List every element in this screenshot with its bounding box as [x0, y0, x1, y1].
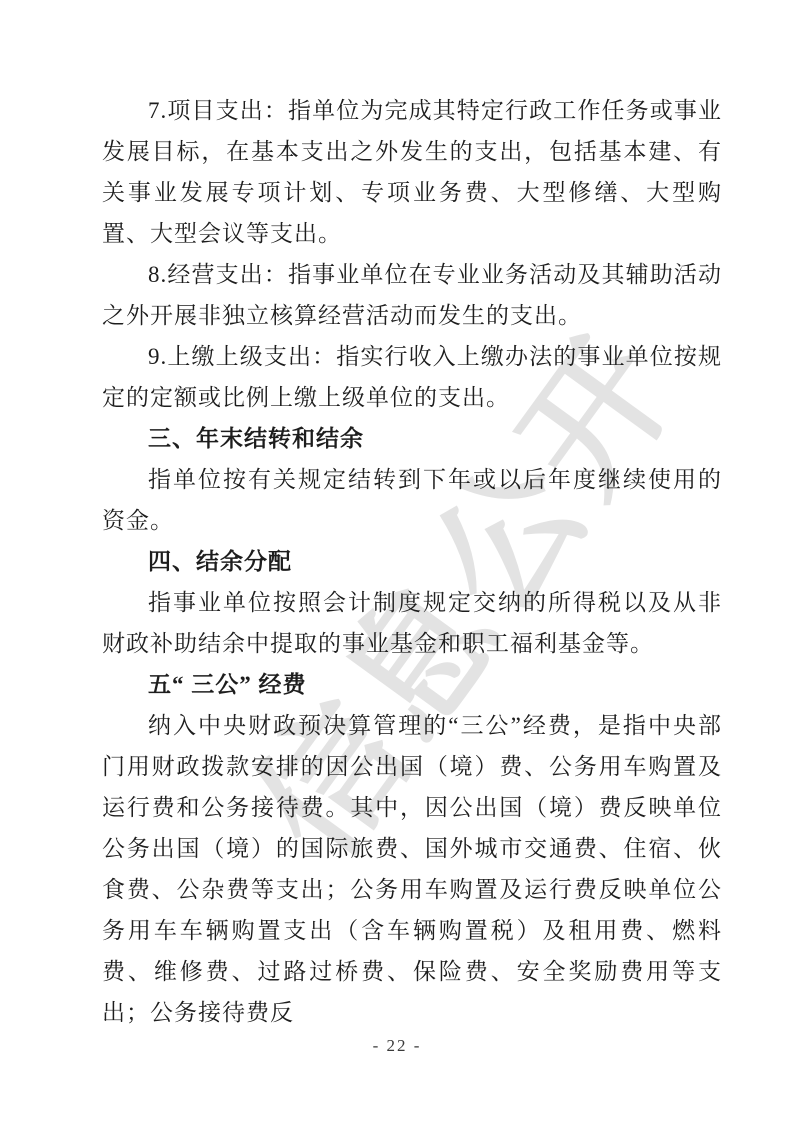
para-surplus-distribution-definition: 指事业单位按照会计制度规定交纳的所得税以及从非财政补助结余中提取的事业基金和职工…	[102, 582, 722, 664]
page-number: - 22 -	[0, 1034, 794, 1058]
para-three-public-funds-definition: 纳入中央财政预决算管理的“三公”经费，是指中央部门用财政拨款安排的因公出国（境）…	[102, 705, 722, 1033]
document-body: 7.项目支出：指单位为完成其特定行政工作任务或事业发展目标，在基本支出之外发生的…	[102, 90, 722, 1033]
para-operating-expenditure: 8.经营支出：指事业单位在专业业务活动及其辅助活动之外开展非独立核算经营活动而发…	[102, 254, 722, 336]
heading-surplus-distribution: 四、结余分配	[102, 541, 722, 582]
para-upper-level-payment: 9.上缴上级支出：指实行收入上缴办法的事业单位按规定的定额或比例上缴上级单位的支…	[102, 336, 722, 418]
document-page: 信息公开 7.项目支出：指单位为完成其特定行政工作任务或事业发展目标，在基本支出…	[0, 0, 794, 1123]
para-carryover-definition: 指单位按有关规定结转到下年或以后年度继续使用的资金。	[102, 459, 722, 541]
heading-three-public-funds: 五“ 三公” 经费	[102, 664, 722, 705]
para-project-expenditure: 7.项目支出：指单位为完成其特定行政工作任务或事业发展目标，在基本支出之外发生的…	[102, 90, 722, 254]
heading-year-end-carryover: 三、年末结转和结余	[102, 418, 722, 459]
